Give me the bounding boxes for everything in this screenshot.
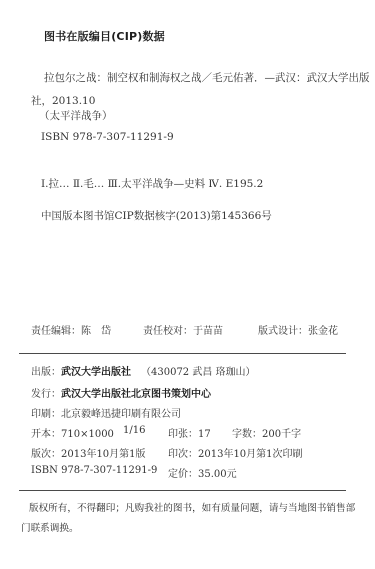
imprint-price: 定价：35.00元 [168, 465, 237, 480]
cip-entry-line1: 拉包尔之战：制空权和制海权之战／毛元佑著．—武汉：武汉大学出版 [44, 70, 370, 85]
editor-label: 责任编辑： [31, 326, 81, 337]
cip-isbn: ISBN 978-7-307-11291-9 [41, 131, 174, 143]
imprint-printing: 印次：2013年10月第1次印刷 [168, 445, 303, 460]
credit-editor: 责任编辑：陈 岱 [31, 322, 111, 337]
printing-value: 2013年10月第1次印刷 [198, 449, 303, 460]
cip-series: （太平洋战争） [39, 108, 113, 123]
format-label: 开本： [31, 429, 61, 440]
divider-bottom [19, 490, 346, 491]
imprint-edition: 版次：2013年10月第1版 [31, 445, 146, 460]
publisher-address: （430072 武昌 珞珈山） [141, 367, 256, 378]
cip-classification: Ⅰ.拉… Ⅱ.毛… Ⅲ.太平洋战争—史料 Ⅳ. E195.2 [41, 176, 263, 191]
copyright-line1: 版权所有，不得翻印；凡购我社的图书，如有质量问题，请与当地图书销售部 [29, 500, 355, 514]
printer-label: 印刷： [31, 409, 61, 420]
sheets-value: 17 [198, 429, 211, 440]
format-value: 710×1000 [61, 429, 114, 440]
designer-label: 版式设计： [258, 326, 308, 337]
divider-top [19, 353, 346, 354]
proofreader-name: 于苗苗 [193, 326, 223, 337]
imprint-isbn: ISBN 978-7-307-11291-9 [31, 465, 157, 476]
cip-number: 中国版本图书馆CIP数据核字(2013)第145366号 [41, 208, 272, 223]
publisher-label: 出版： [31, 367, 61, 378]
distributor-label: 发行： [31, 389, 61, 400]
wordcount-label: 字数： [232, 429, 262, 440]
sheets-label: 印张： [168, 429, 198, 440]
imprint-wordcount: 字数：200千字 [232, 425, 301, 440]
imprint-sheets: 印张：17 [168, 425, 211, 440]
publisher-name: 武汉大学出版社 [61, 367, 131, 378]
proofreader-label: 责任校对： [143, 326, 193, 337]
printer-name: 北京毅峰迅捷印刷有限公司 [61, 409, 181, 420]
wordcount-value: 200千字 [262, 429, 301, 440]
cip-heading: 图书在版编目(CIP)数据 [44, 28, 165, 44]
imprint-format: 开本：710×1000 [31, 425, 114, 440]
editor-name: 陈 岱 [81, 326, 111, 337]
cip-entry-line2: 社，2013.10 [31, 93, 95, 108]
designer-name: 张金花 [308, 326, 338, 337]
credit-designer: 版式设计：张金花 [258, 322, 338, 337]
format-fraction: 1/16 [123, 425, 145, 436]
credit-proofreader: 责任校对：于苗苗 [143, 322, 223, 337]
printing-label: 印次： [168, 449, 198, 460]
edition-label: 版次： [31, 449, 61, 460]
price-label: 定价： [168, 469, 198, 480]
price-value: 35.00元 [198, 469, 237, 480]
copyright-line2: 门联系调换。 [21, 520, 79, 534]
imprint-printer: 印刷：北京毅峰迅捷印刷有限公司 [31, 405, 181, 420]
distributor-name: 武汉大学出版社北京图书策划中心 [61, 389, 211, 400]
edition-value: 2013年10月第1版 [61, 449, 146, 460]
imprint-publisher: 出版：武汉大学出版社（430072 武昌 珞珈山） [31, 363, 256, 378]
imprint-distributor: 发行：武汉大学出版社北京图书策划中心 [31, 385, 211, 400]
